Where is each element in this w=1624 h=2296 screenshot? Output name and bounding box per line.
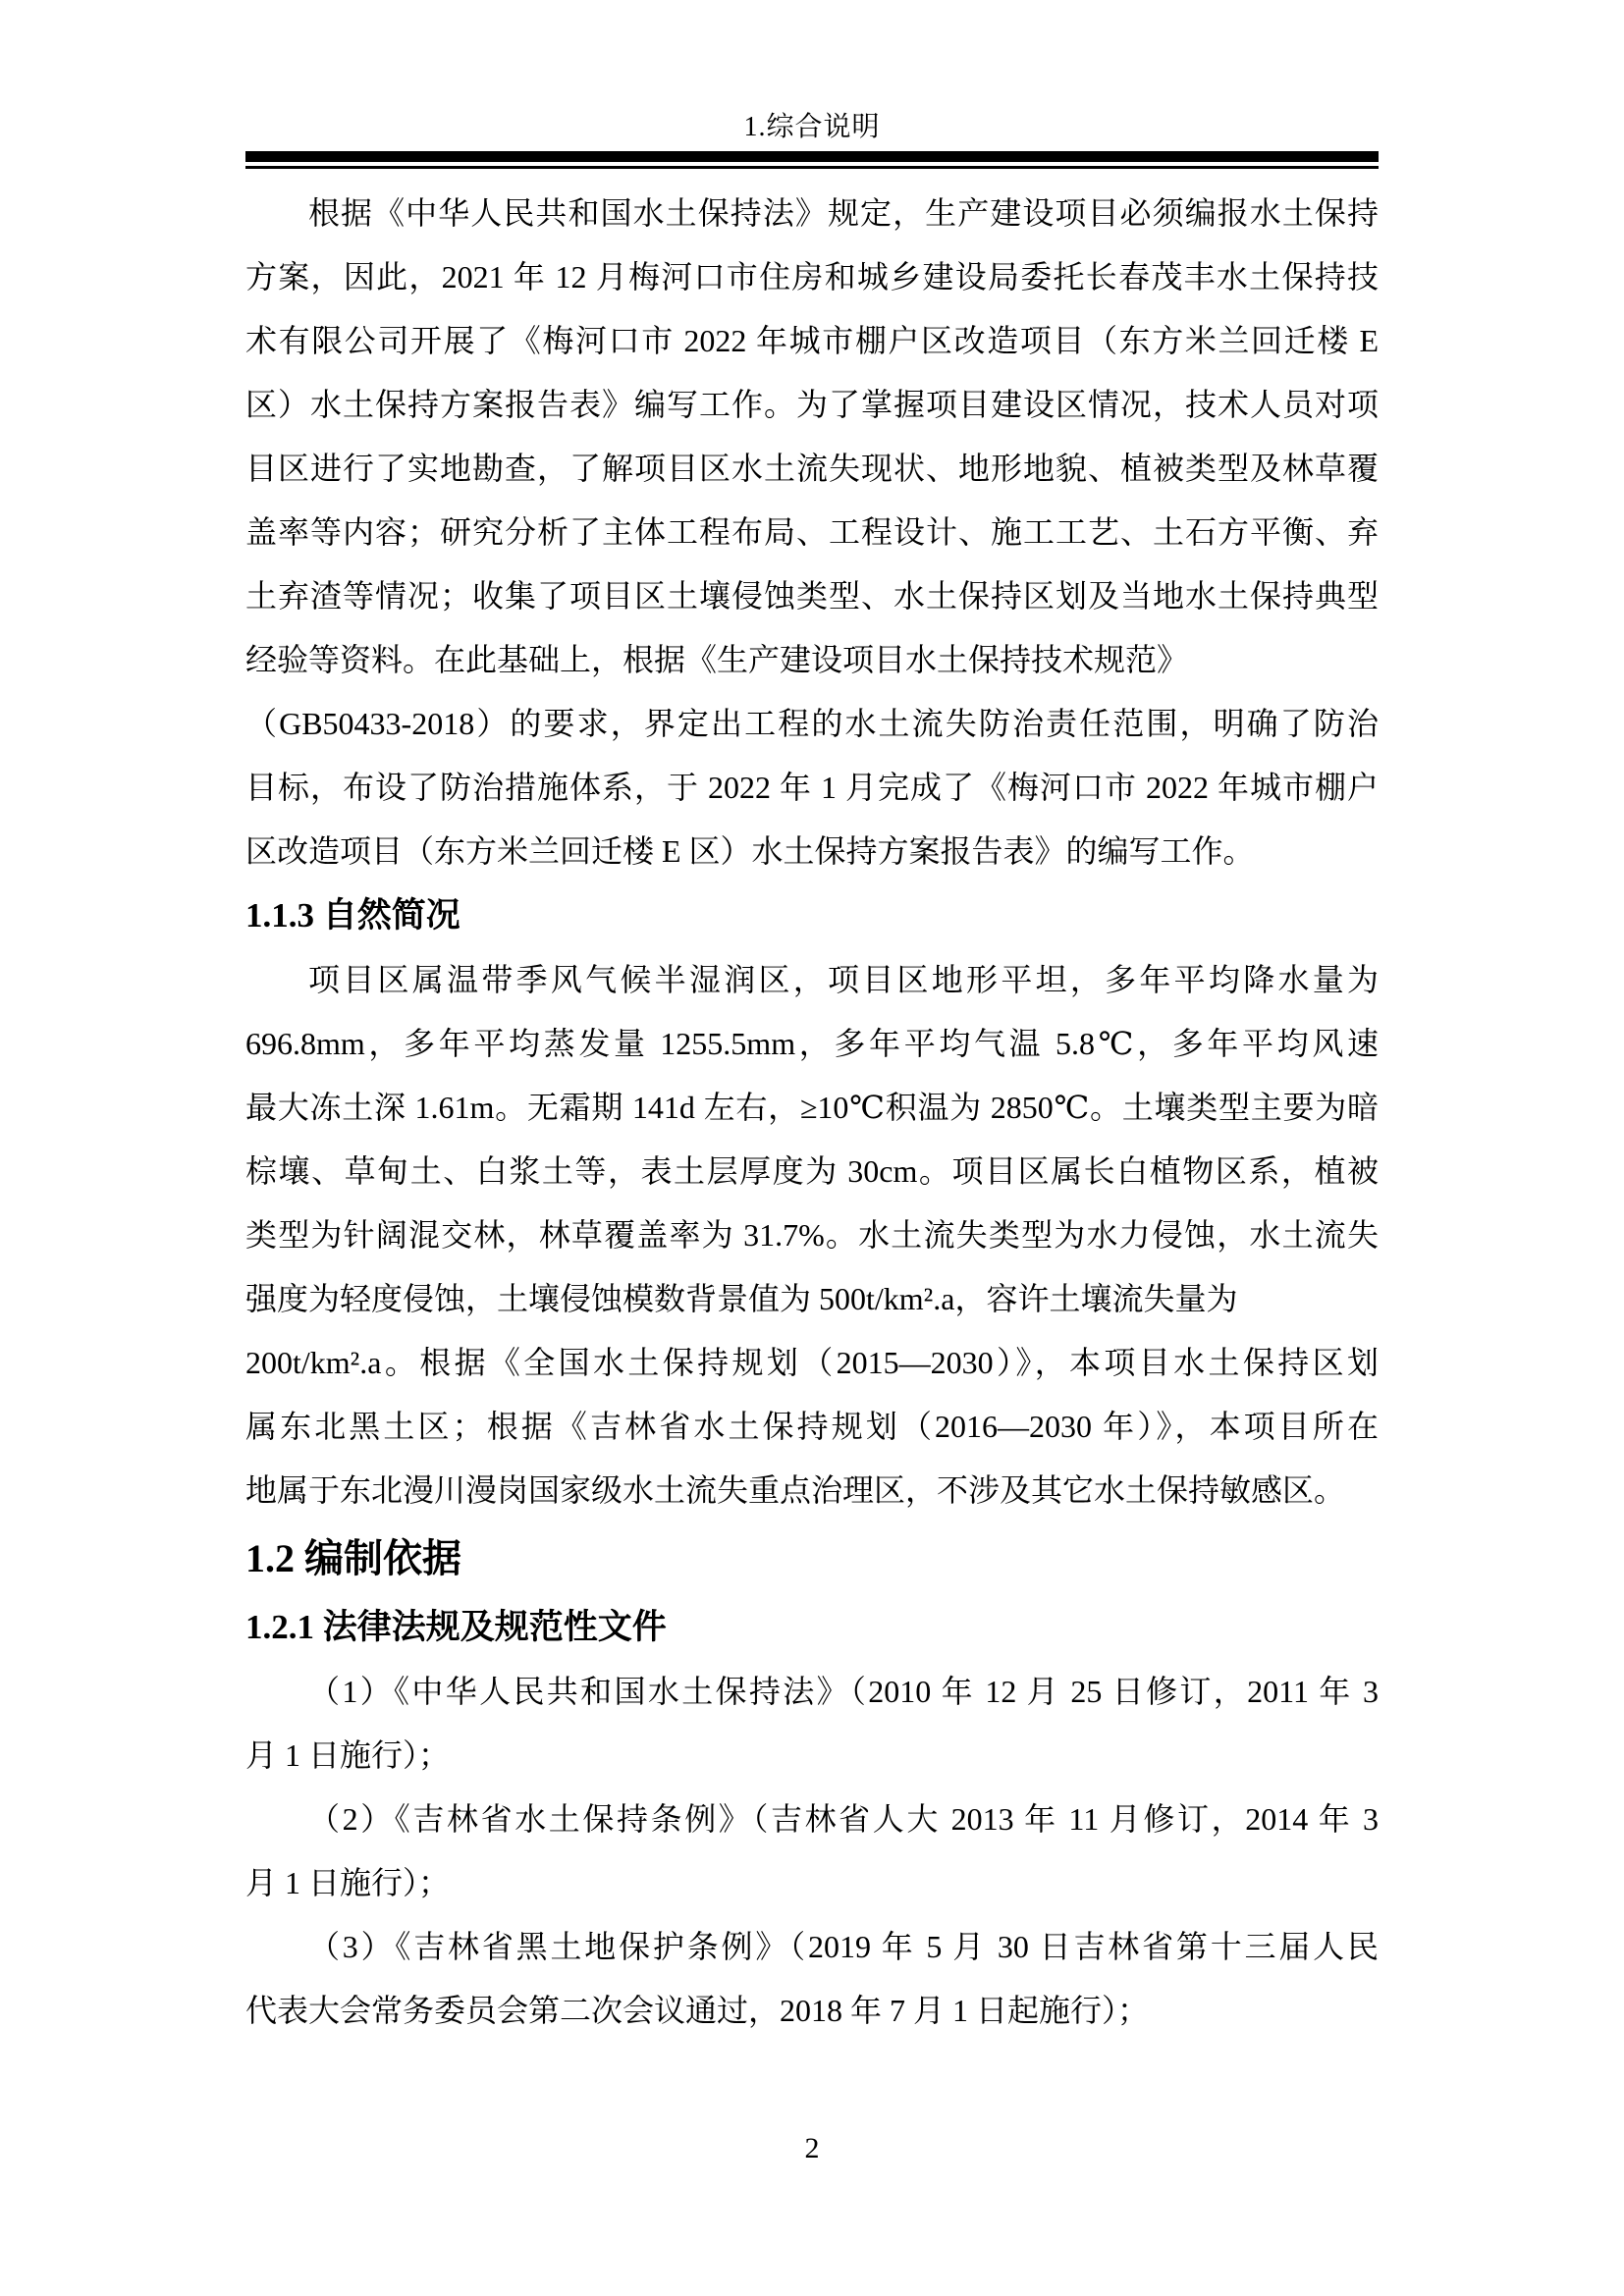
text-line: 月 1 日施行）； xyxy=(245,1851,1379,1915)
text-line: 项目区属温带季风气候半湿润区，项目区地形平坦，多年平均降水量为 xyxy=(245,948,1379,1012)
page-footer: 2 xyxy=(0,2129,1624,2168)
section-heading: 1.2.1 法律法规及规范性文件 xyxy=(245,1595,1379,1660)
header-rule-thin xyxy=(245,166,1379,169)
text-line: 强度为轻度侵蚀，土壤侵蚀模数背景值为 500t/km².a，容许土壤流失量为 xyxy=(245,1267,1379,1331)
text-line: 区改造项目（东方米兰回迁楼 E 区）水土保持方案报告表》的编写工作。 xyxy=(245,820,1379,883)
text-line: 200t/km².a。根据《全国水土保持规划（2015—2030）》，本项目水土… xyxy=(245,1331,1379,1395)
text-line: （GB50433-2018）的要求，界定出工程的水土流失防治责任范围，明确了防治 xyxy=(245,692,1379,756)
text-line: 最大冻土深 1.61m。无霜期 141d 左右，≥10℃积温为 2850℃。土壤… xyxy=(245,1076,1379,1140)
text-line: （3）《吉林省黑土地保护条例》（2019 年 5 月 30 日吉林省第十三届人民 xyxy=(245,1915,1379,1979)
text-line: 盖率等内容；研究分析了主体工程布局、工程设计、施工工艺、土石方平衡、弃 xyxy=(245,501,1379,564)
text-line: 696.8mm，多年平均蒸发量 1255.5mm，多年平均气温 5.8℃，多年平… xyxy=(245,1012,1379,1076)
text-line: 属东北黑土区；根据《吉林省水土保持规划（2016—2030 年）》，本项目所在 xyxy=(245,1395,1379,1459)
text-line: 代表大会常务委员会第二次会议通过，2018 年 7 月 1 日起施行）； xyxy=(245,1979,1379,2043)
text-line: 目区进行了实地勘查，了解项目区水土流失现状、地形地貌、植被类型及林草覆 xyxy=(245,437,1379,501)
page-number: 2 xyxy=(805,2132,820,2164)
text-line: 月 1 日施行）； xyxy=(245,1724,1379,1788)
page-header-title: 1.综合说明 xyxy=(245,0,1379,145)
text-line: 经验等资料。在此基础上，根据《生产建设项目水土保持技术规范》 xyxy=(245,628,1379,692)
text-line: 区）水土保持方案报告表》编写工作。为了掌握项目建设区情况，技术人员对项 xyxy=(245,373,1379,437)
text-line: 根据《中华人民共和国水土保持法》规定，生产建设项目必须编报水土保持 xyxy=(245,182,1379,245)
section-heading: 1.1.3 自然简况 xyxy=(245,883,1379,948)
document-body: 根据《中华人民共和国水土保持法》规定，生产建设项目必须编报水土保持方案，因此，2… xyxy=(0,182,1624,2043)
document-page: 1.综合说明 根据《中华人民共和国水土保持法》规定，生产建设项目必须编报水土保持… xyxy=(0,0,1624,2296)
text-line: 术有限公司开展了《梅河口市 2022 年城市棚户区改造项目（东方米兰回迁楼 E xyxy=(245,309,1379,373)
text-line: 土弃渣等情况；收集了项目区土壤侵蚀类型、水土保持区划及当地水土保持典型 xyxy=(245,564,1379,628)
text-line: （2）《吉林省水土保持条例》（吉林省人大 2013 年 11 月修订，2014 … xyxy=(245,1788,1379,1851)
section-heading: 1.2 编制依据 xyxy=(245,1522,1379,1595)
text-line: （1）《中华人民共和国水土保持法》（2010 年 12 月 25 日修订，201… xyxy=(245,1660,1379,1724)
text-line: 目标，布设了防治措施体系，于 2022 年 1 月完成了《梅河口市 2022 年… xyxy=(245,756,1379,820)
text-line: 地属于东北漫川漫岗国家级水土流失重点治理区，不涉及其它水土保持敏感区。 xyxy=(245,1459,1379,1522)
text-line: 类型为针阔混交林，林草覆盖率为 31.7%。水土流失类型为水力侵蚀，水土流失 xyxy=(245,1203,1379,1267)
text-line: 棕壤、草甸土、白浆土等，表土层厚度为 30cm。项目区属长白植物区系，植被 xyxy=(245,1140,1379,1203)
text-line: 方案，因此，2021 年 12 月梅河口市住房和城乡建设局委托长春茂丰水土保持技 xyxy=(245,245,1379,309)
page-header: 1.综合说明 xyxy=(0,0,1624,169)
header-rule-thick xyxy=(245,151,1379,162)
